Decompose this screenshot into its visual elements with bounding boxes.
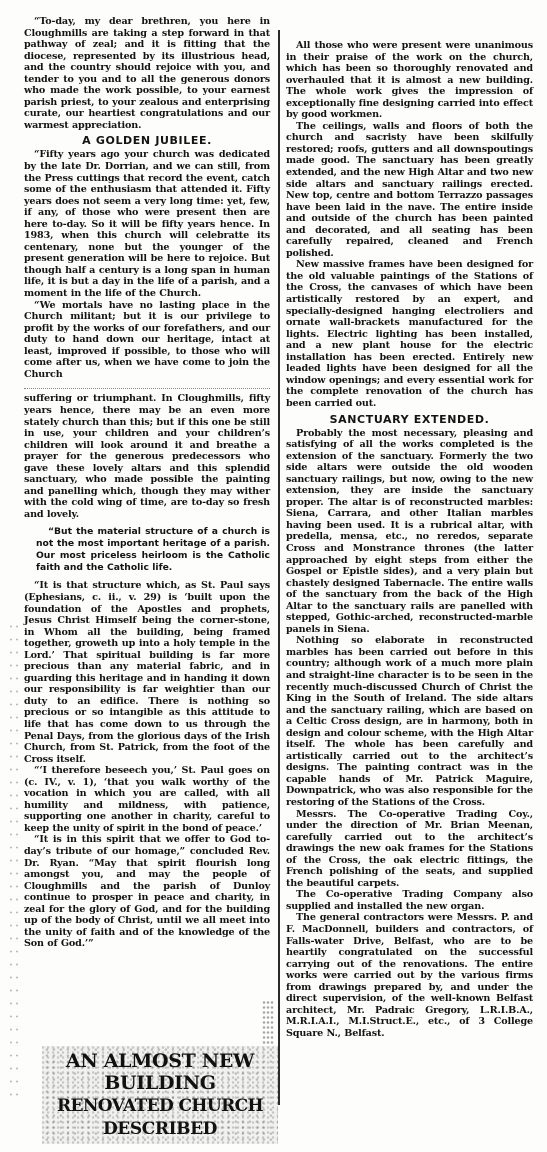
clipping-cut-line [24, 380, 270, 389]
closing-paragraph: “‘I therefore beseech you,’ St. Paul goe… [24, 765, 270, 834]
continuation-paragraph: suffering or triumphant. In Cloughmills,… [24, 393, 270, 520]
article-paragraph: All those who were present were unanimou… [286, 40, 533, 121]
subheading-golden-jubilee: A GOLDEN JUBILEE. [24, 134, 270, 148]
closing-paragraph: “It is that structure which, as St. Paul… [24, 580, 270, 765]
subheading-sanctuary-extended: SANCTUARY EXTENDED. [286, 413, 533, 427]
headline-line: AN ALMOST NEW [42, 1050, 278, 1072]
column-rule [278, 30, 280, 1105]
highlight-quote: “But the material structure of a church … [24, 526, 270, 574]
print-speckle [8, 620, 18, 1100]
headline-line: DESCRIBED [42, 1118, 278, 1140]
sanctuary-paragraph: Probably the most necessary, pleasing an… [286, 428, 533, 636]
sanctuary-paragraph: The general contractors were Messrs. P. … [286, 912, 533, 1039]
closing-paragraph: “It is in this spirit that we offer to G… [24, 834, 270, 949]
article-paragraph: The ceilings, walls and floors of both t… [286, 121, 533, 260]
highlight-quote-text: “But the material structure of a church … [36, 526, 270, 574]
opening-paragraph: “To-day, my dear brethren, you here in C… [24, 16, 270, 131]
sanctuary-paragraph: Nothing so elaborate in reconstructed ma… [286, 635, 533, 808]
headline-line: BUILDING [42, 1072, 278, 1094]
headline-line: RENOVATED CHURCH [42, 1094, 278, 1118]
left-column: “To-day, my dear brethren, you here in C… [24, 16, 270, 950]
sanctuary-paragraph: Messrs. The Co-operative Trading Coy., u… [286, 809, 533, 890]
right-column: All those who were present were unanimou… [286, 40, 533, 1039]
sanctuary-paragraph: The Co-operative Trading Company also su… [286, 889, 533, 912]
jubilee-paragraph: “Fifty years ago your church was dedicat… [24, 149, 270, 299]
jubilee-paragraph: “We mortals have no lasting place in the… [24, 300, 270, 381]
article-headline: AN ALMOST NEW BUILDING RENOVATED CHURCH … [42, 1046, 278, 1144]
article-paragraph: New massive frames have been designed fo… [286, 259, 533, 409]
